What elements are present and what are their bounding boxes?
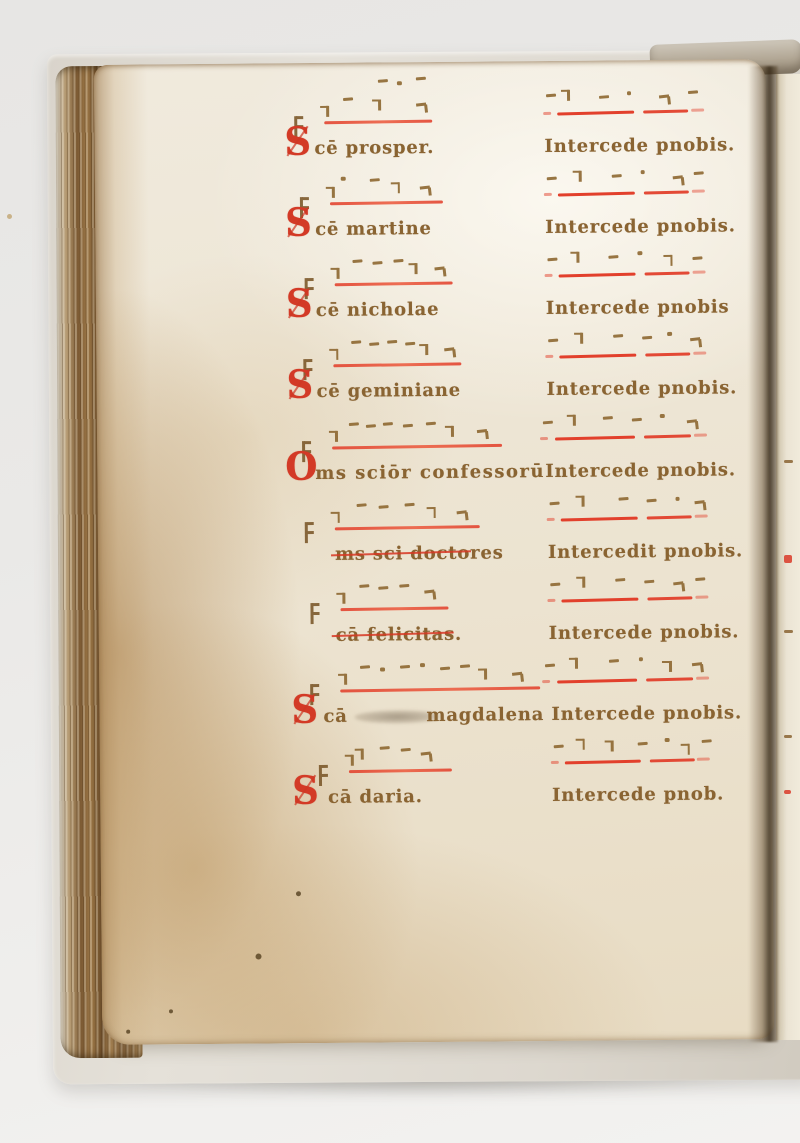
neume-mark bbox=[421, 752, 431, 756]
response-text: Intercede pnob. bbox=[552, 783, 724, 806]
staff-line-right bbox=[565, 760, 641, 765]
ink-speck bbox=[126, 1030, 130, 1034]
staff-line-right bbox=[649, 758, 694, 762]
neume-mark bbox=[702, 739, 712, 743]
neume-mark bbox=[351, 755, 354, 766]
staff-line-left bbox=[349, 768, 452, 773]
backdrop-speck bbox=[7, 214, 12, 219]
manuscript-photo: Scē prosper.Intercede pnobis.Scē martine… bbox=[0, 0, 800, 1143]
clef-mark bbox=[319, 765, 322, 786]
neume-mark bbox=[554, 745, 564, 749]
ink-speck bbox=[169, 1009, 173, 1013]
facing-page-ink-mark bbox=[784, 460, 793, 463]
ink-speck bbox=[255, 954, 261, 960]
facing-page-sliver bbox=[776, 74, 800, 1040]
neume-mark bbox=[582, 739, 585, 750]
staff-line-right bbox=[697, 758, 710, 761]
manuscript-page: Scē prosper.Intercede pnobis.Scē martine… bbox=[94, 59, 775, 1045]
facing-page-ink-mark bbox=[784, 735, 792, 738]
facing-page-red-mark bbox=[784, 790, 791, 794]
gutter-shadow bbox=[748, 66, 778, 1042]
saint-name: cā daria. bbox=[328, 786, 423, 808]
staff-line-right bbox=[551, 761, 559, 764]
neume-mark bbox=[611, 740, 614, 751]
facing-page-red-mark bbox=[784, 555, 792, 563]
facing-page-ink-mark bbox=[784, 630, 793, 633]
neume-mark bbox=[687, 744, 690, 755]
neume-mark bbox=[665, 738, 670, 742]
neume-mark bbox=[361, 749, 364, 760]
neume-mark bbox=[400, 748, 410, 752]
neume-mark bbox=[638, 742, 648, 746]
litany-entry: Scā daria.Intercede pnob. bbox=[94, 59, 775, 1045]
neume-mark bbox=[380, 746, 390, 750]
ink-speck bbox=[296, 891, 301, 896]
